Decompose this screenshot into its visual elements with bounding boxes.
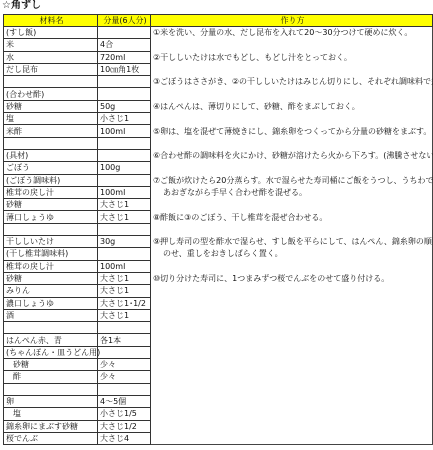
amount-cell[interactable]: 30g [98, 236, 151, 248]
method-step-cell[interactable] [151, 420, 433, 432]
ingredient-cell[interactable]: (ごぼう調味料) [4, 174, 98, 186]
method-step-cell[interactable] [151, 39, 433, 51]
ingredient-cell[interactable]: 塩 [4, 113, 98, 125]
amount-cell[interactable]: 少々 [98, 359, 151, 371]
table-row: 椎茸の戻し汁100ml [4, 260, 433, 272]
table-row: 干ししいたけ30g⑨押し寿司の型を酢水で湿らせ、すし飯を平らにして、はんぺん、錦… [4, 236, 433, 248]
method-step-cell[interactable] [151, 162, 433, 174]
amount-cell[interactable]: 大さじ1 [98, 211, 151, 223]
ingredient-cell[interactable]: はんぺん赤、青 [4, 334, 98, 346]
method-step-cell[interactable]: ③ごぼうはささがき、②の干ししいたけはみじん切りにし、それぞれ調味料で煮る。 [151, 76, 433, 88]
method-step-cell[interactable] [151, 297, 433, 309]
amount-cell[interactable] [98, 149, 151, 161]
recipe-rows: (すし飯)①米を洗い、分量の水、だし昆布を入れて20～30分つけて硬めに炊く。米… [4, 27, 433, 445]
ingredient-cell[interactable] [4, 322, 98, 334]
amount-cell[interactable] [98, 383, 151, 395]
table-row: 酒大さじ1 [4, 309, 433, 321]
ingredient-cell[interactable]: 水 [4, 51, 98, 63]
header-method: 作り方 [151, 15, 433, 27]
ingredient-cell[interactable]: 砂糖 [4, 199, 98, 211]
recipe-title: ☆角ずし [2, 0, 41, 12]
amount-cell[interactable]: 大さじ1 [98, 272, 151, 284]
method-step-cell[interactable]: ①米を洗い、分量の水、だし昆布を入れて20～30分つけて硬めに炊く。 [151, 27, 433, 39]
ingredient-cell[interactable]: (すし飯) [4, 27, 98, 39]
amount-cell[interactable]: 50g [98, 100, 151, 112]
method-step-cell[interactable]: ⑤卵は、塩を混ぜて薄焼きにし、錦糸卵をつくってから分量の砂糖をまぶす。 [151, 125, 433, 137]
amount-cell[interactable] [98, 174, 151, 186]
ingredient-cell[interactable]: 砂糖 [4, 100, 98, 112]
amount-cell[interactable] [98, 88, 151, 100]
ingredient-cell[interactable]: 錦糸卵にまぶす砂糖 [4, 420, 98, 432]
table-row: はんぺん赤、青各1本 [4, 334, 433, 346]
method-step-cell[interactable] [151, 346, 433, 358]
method-step-cell[interactable] [151, 260, 433, 272]
table-row: 砂糖少々 [4, 359, 433, 371]
amount-cell[interactable]: 4～5個 [98, 395, 151, 407]
ingredient-cell[interactable]: 桜でんぶ [4, 432, 98, 444]
table-row: 砂糖50g④はんぺんは、薄切りにして、砂糖、酢をまぶしておく。 [4, 100, 433, 112]
ingredient-cell[interactable]: (干し椎茸調味料) [4, 248, 98, 260]
method-step-cell[interactable]: ④はんぺんは、薄切りにして、砂糖、酢をまぶしておく。 [151, 100, 433, 112]
method-step-cell[interactable] [151, 432, 433, 444]
method-step-cell[interactable]: ⑥合わせ酢の調味料を火にかけ、砂糖が溶けたら火から下ろす。(沸騰させない) [151, 149, 433, 161]
ingredient-cell[interactable]: みりん [4, 285, 98, 297]
table-row: 塩小さじ1/5 [4, 408, 433, 420]
table-row: ③ごぼうはささがき、②の干ししいたけはみじん切りにし、それぞれ調味料で煮る。 [4, 76, 433, 88]
method-step-cell[interactable] [151, 383, 433, 395]
amount-cell[interactable]: 少々 [98, 371, 151, 383]
ingredient-cell[interactable]: (ちゃんぽん・皿うどん用) [4, 346, 98, 358]
amount-cell[interactable] [98, 76, 151, 88]
ingredient-cell[interactable]: 濃口しょうゆ [4, 297, 98, 309]
method-step-cell[interactable] [151, 223, 433, 235]
amount-cell[interactable]: 100ml [98, 125, 151, 137]
method-step-cell[interactable] [151, 285, 433, 297]
method-step-cell[interactable]: ⑩切り分けた寿司に、1つまみずつ桜でんぶをのせて盛り付ける。 [151, 272, 433, 284]
table-row: 酢少々 [4, 371, 433, 383]
ingredient-cell[interactable] [4, 223, 98, 235]
ingredient-cell[interactable]: 砂糖 [4, 272, 98, 284]
ingredient-cell[interactable]: ごぼう [4, 162, 98, 174]
table-row: 塩小さじ1 [4, 113, 433, 125]
ingredient-cell[interactable]: 米酢 [4, 125, 98, 137]
amount-cell[interactable]: 100ml [98, 260, 151, 272]
method-step-cell[interactable]: ⑦ご飯が炊けたら20分蒸らす。水で湿らせた寿司桶にご飯をうつし、うちわで [151, 174, 433, 186]
amount-cell[interactable]: 4合 [98, 39, 151, 51]
amount-cell[interactable] [98, 322, 151, 334]
amount-cell[interactable]: 100g [98, 162, 151, 174]
table-row: 濃口しょうゆ大さじ1･1/2 [4, 297, 433, 309]
amount-cell[interactable] [98, 248, 151, 260]
header-amount: 分量(6人分) [98, 15, 151, 27]
ingredient-cell[interactable]: 椎茸の戻し汁 [4, 186, 98, 198]
amount-cell[interactable]: 大さじ1 [98, 309, 151, 321]
ingredient-cell[interactable]: 干ししいたけ [4, 236, 98, 248]
ingredient-cell[interactable] [4, 383, 98, 395]
amount-cell[interactable]: 大さじ4 [98, 432, 151, 444]
table-row: みりん大さじ1 [4, 285, 433, 297]
method-step-cell[interactable] [151, 371, 433, 383]
table-row: 米4合 [4, 39, 433, 51]
method-step-cell[interactable] [151, 88, 433, 100]
method-step-cell[interactable]: のせ、重しをおきしばらく置く。 [151, 248, 433, 260]
table-row: ごぼう100g [4, 162, 433, 174]
recipe-table: 材料名 分量(6人分) 作り方 (すし飯)①米を洗い、分量の水、だし昆布を入れて… [3, 14, 433, 445]
table-row: (ちゃんぽん・皿うどん用) [4, 346, 433, 358]
method-step-cell[interactable]: ②干ししいたけは水でもどし、もどし汁をとっておく。 [151, 51, 433, 63]
table-row [4, 383, 433, 395]
method-step-cell[interactable] [151, 408, 433, 420]
ingredient-cell[interactable] [4, 137, 98, 149]
header-ingredient: 材料名 [4, 15, 98, 27]
table-row [4, 322, 433, 334]
table-row: 米酢100ml⑤卵は、塩を混ぜて薄焼きにし、錦糸卵をつくってから分量の砂糖をまぶ… [4, 125, 433, 137]
method-step-cell[interactable] [151, 359, 433, 371]
amount-cell[interactable] [98, 346, 151, 358]
ingredient-cell[interactable]: 薄口しょうゆ [4, 211, 98, 223]
table-row: (合わせ酢) [4, 88, 433, 100]
table-row: (具材)⑥合わせ酢の調味料を火にかけ、砂糖が溶けたら火から下ろす。(沸騰させない… [4, 149, 433, 161]
ingredient-cell[interactable]: (具材) [4, 149, 98, 161]
table-row [4, 137, 433, 149]
method-step-cell[interactable] [151, 334, 433, 346]
amount-cell[interactable]: 720ml [98, 51, 151, 63]
table-row: (すし飯)①米を洗い、分量の水、だし昆布を入れて20～30分つけて硬めに炊く。 [4, 27, 433, 39]
amount-cell[interactable]: 大さじ1･1/2 [98, 297, 151, 309]
amount-cell[interactable]: 大さじ1 [98, 285, 151, 297]
ingredient-cell[interactable]: 酢 [4, 371, 98, 383]
table-row: 砂糖大さじ1⑩切り分けた寿司に、1つまみずつ桜でんぶをのせて盛り付ける。 [4, 272, 433, 284]
table-row: 水720ml②干ししいたけは水でもどし、もどし汁をとっておく。 [4, 51, 433, 63]
method-step-cell[interactable]: あおぎながら手早く合わせ酢を混ぜる。 [151, 186, 433, 198]
amount-cell[interactable] [98, 223, 151, 235]
method-step-cell[interactable] [151, 63, 433, 75]
method-step-cell[interactable]: ⑧酢飯に③のごぼう、干し椎茸を混ぜ合わせる。 [151, 211, 433, 223]
method-step-cell[interactable] [151, 395, 433, 407]
amount-cell[interactable]: 大さじ1/2 [98, 420, 151, 432]
table-row: 錦糸卵にまぶす砂糖大さじ1/2 [4, 420, 433, 432]
amount-cell[interactable] [98, 137, 151, 149]
ingredient-cell[interactable]: 砂糖 [4, 359, 98, 371]
table-row: 薄口しょうゆ大さじ1⑧酢飯に③のごぼう、干し椎茸を混ぜ合わせる。 [4, 211, 433, 223]
table-row: だし昆布10㎝角1枚 [4, 63, 433, 75]
method-step-cell[interactable] [151, 113, 433, 125]
amount-cell[interactable]: 100ml [98, 186, 151, 198]
ingredient-cell[interactable]: (合わせ酢) [4, 88, 98, 100]
amount-cell[interactable]: 各1本 [98, 334, 151, 346]
ingredient-cell[interactable]: だし昆布 [4, 63, 98, 75]
table-row: (干し椎茸調味料)のせ、重しをおきしばらく置く。 [4, 248, 433, 260]
method-step-cell[interactable] [151, 199, 433, 211]
method-step-cell[interactable] [151, 322, 433, 334]
table-row: (ごぼう調味料)⑦ご飯が炊けたら20分蒸らす。水で湿らせた寿司桶にご飯をうつし、… [4, 174, 433, 186]
ingredient-cell[interactable]: 米 [4, 39, 98, 51]
ingredient-cell[interactable]: 塩 [4, 408, 98, 420]
ingredient-cell[interactable]: 椎茸の戻し汁 [4, 260, 98, 272]
header-row: 材料名 分量(6人分) 作り方 [4, 15, 433, 27]
table-row: 卵4～5個 [4, 395, 433, 407]
ingredient-cell[interactable]: 酒 [4, 309, 98, 321]
method-step-cell[interactable] [151, 309, 433, 321]
amount-cell[interactable]: 大さじ1 [98, 199, 151, 211]
recipe-table-container: 材料名 分量(6人分) 作り方 (すし飯)①米を洗い、分量の水、だし昆布を入れて… [3, 14, 432, 445]
amount-cell[interactable]: 10㎝角1枚 [98, 63, 151, 75]
amount-cell[interactable]: 小さじ1 [98, 113, 151, 125]
amount-cell[interactable] [98, 27, 151, 39]
method-step-cell[interactable]: ⑨押し寿司の型を酢水で湿らせ、すし飯を平らにして、はんぺん、錦糸卵の順に [151, 236, 433, 248]
table-row: 桜でんぶ大さじ4 [4, 432, 433, 444]
amount-cell[interactable]: 小さじ1/5 [98, 408, 151, 420]
ingredient-cell[interactable] [4, 76, 98, 88]
table-row: 砂糖大さじ1 [4, 199, 433, 211]
table-row [4, 223, 433, 235]
ingredient-cell[interactable]: 卵 [4, 395, 98, 407]
method-step-cell[interactable] [151, 137, 433, 149]
table-row: 椎茸の戻し汁100mlあおぎながら手早く合わせ酢を混ぜる。 [4, 186, 433, 198]
